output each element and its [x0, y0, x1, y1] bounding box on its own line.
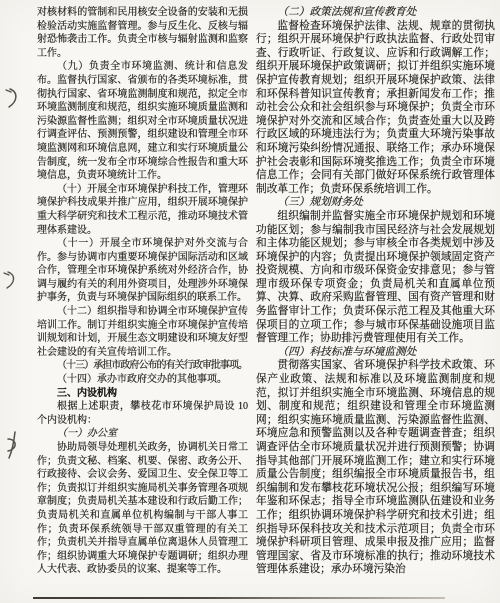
paragraph-continuation: 对核材料的管制和民用核安全设备的安装和无损检验活动实施监督管理。参与反生化、反核… [37, 6, 248, 60]
scanned-page: 对核材料的管制和民用核安全设备的安装和无损检验活动实施监督管理。参与反生化、反核… [0, 0, 500, 603]
right-text-column: （二）政策法规和宣传教育处 监督检查环境保护法律、法规、规章的贯彻执行；组织开展… [256, 6, 495, 577]
subsection-heading-planning-dept: （三）规划财务处 [256, 196, 495, 210]
pen-loop-icon [4, 431, 22, 461]
subsection-heading-monitoring-dept: （四）科技标准与环境监测处 [256, 346, 495, 360]
left-text-column: 对核材料的管制和民用核安全设备的安装和无损检验活动实施监督管理。参与反生化、反核… [37, 6, 248, 577]
paragraph-item-11: （十一）开展全市环境保护对外交流与合作。参与协调市内重要环境保护国际活动和区域合… [37, 237, 248, 305]
paragraph-intro: 根据上述职责，攀枝花市环境保护局设 10 个内设机构： [37, 400, 248, 427]
paragraph-item-13: （十三）承担市政府公布的有关行政审批事项。 [37, 359, 248, 373]
paragraph-item-9: （九）负责全市环境监测、统计和信息发布。监督执行国家、省颁布的各类环境标准，贯彻… [37, 60, 248, 182]
page-bottom-rule [33, 597, 445, 599]
subsection-heading-office: （一）办公室 [37, 427, 248, 441]
paragraph-policy-dept-duties: 监督检查环境保护法律、法规、规章的贯彻执行；组织开展环境保护行政执法监督、行政处… [256, 20, 495, 197]
section-heading-internal-org: 三、内设机构 [37, 387, 248, 401]
paragraph-item-10: （十）开展全市环境保护科技工作，管理环境保护科技成果并推广应用，组织开展环境保护… [37, 183, 248, 237]
paragraph-item-14: （十四）承办市政府交办的其他事项。 [37, 373, 248, 387]
paragraph-office-duties: 协助局领导处理机关政务，协调机关日常工作；负责文秘、档案、机要、保密、政务公开、… [37, 441, 248, 577]
paragraph-item-12: （十二）组织指导和协调全市环境保护宣传培训工作。制订并组织实施全市环境保护宣传培… [37, 305, 248, 359]
paragraph-monitoring-dept-duties: 贯彻落实国家、省环境保护科学技术政策、环保产业政策、法规和标准以及环境监测制度和… [256, 359, 495, 577]
subsection-heading-policy-dept: （二）政策法规和宣传教育处 [256, 6, 495, 20]
paragraph-planning-dept-duties: 组织编制并监督实施全市环境保护规划和环境功能区划；参与编制我市国民经济与社会发展… [256, 210, 495, 346]
pen-tick-icon [5, 86, 21, 112]
pen-tick-icon [3, 268, 19, 294]
